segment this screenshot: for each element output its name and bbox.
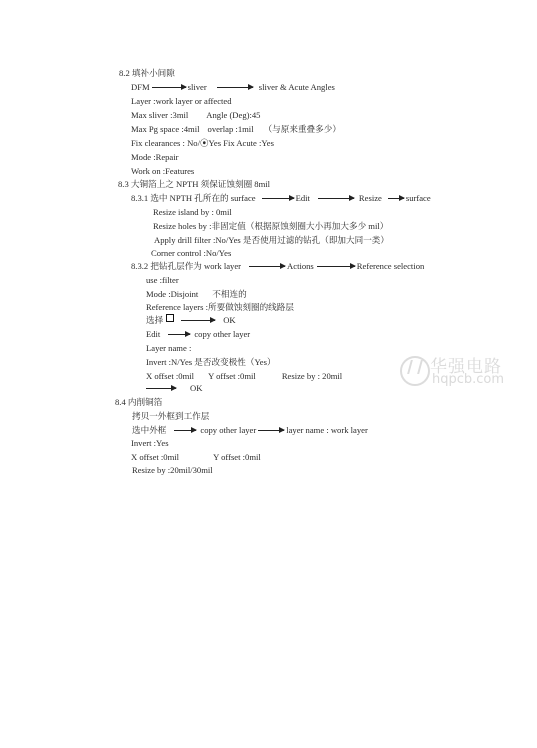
arrow-right-icon xyxy=(152,87,186,88)
watermark-url: hqpcb.com xyxy=(432,372,504,387)
arrow-right-icon xyxy=(262,198,294,199)
flow-step: copy other layer xyxy=(200,425,256,435)
section-8-3-heading: 8.3 大铜箔上之 NPTH 须保证蚀刻圈 8mil xyxy=(118,179,270,190)
flow-step: 8.3.2 把钻孔层作为 work layer xyxy=(131,261,241,271)
flow-step: Resize xyxy=(359,193,382,203)
edit-copy-row: Editcopy other layer xyxy=(146,329,250,340)
arrow-right-icon xyxy=(249,266,285,267)
flow-step: Edit xyxy=(296,193,310,203)
y-offset: Y offset :0mil xyxy=(213,452,261,462)
max-sliver-row: Max sliver :3milAngle (Deg):45 xyxy=(131,110,260,121)
max-sliver: Max sliver :3mil xyxy=(131,110,188,120)
mode-disjoint-row: Mode :Disjoint不相连的 xyxy=(146,289,247,300)
mode-setting: Mode :Repair xyxy=(131,152,179,163)
reference-layers: Reference layers :所要做蚀刻圈的线路层 xyxy=(146,302,294,313)
invert-setting: Invert :N/Yes 是否改变极性（Yes） xyxy=(146,357,276,368)
arrow-right-icon xyxy=(146,388,176,389)
offset-row: X offset :0milY offset :0milResize by : … xyxy=(146,371,342,382)
arrow-right-icon xyxy=(388,198,404,199)
invert-yes: Invert :Yes xyxy=(131,438,169,449)
max-pg-row: Max Pg space :4miloverlap :1mil（与原来重叠多少） xyxy=(131,124,341,135)
y-offset: Y offset :0mil xyxy=(208,371,256,381)
arrow-right-icon xyxy=(168,334,190,335)
ok-label: OK xyxy=(190,383,202,393)
layer-name: Layer name : xyxy=(146,343,191,354)
flow-step: 8.3.1 选中 NPTH 孔所在的 surface xyxy=(131,193,256,203)
ok-label: OK xyxy=(223,315,235,325)
section-8-3-1-flow: 8.3.1 选中 NPTH 孔所在的 surfaceEditResizesurf… xyxy=(131,193,431,204)
mode-disjoint: Mode :Disjoint xyxy=(146,289,198,299)
arrow-right-icon xyxy=(258,430,284,431)
section-8-4-flow: 选中外框copy other layerlayer name : work la… xyxy=(132,425,368,436)
dfm-flow: DFMsliversliver & Acute Angles xyxy=(131,82,335,93)
flow-step: copy other layer xyxy=(194,329,250,339)
flow-step: DFM xyxy=(131,82,150,92)
resize-island: Resize island by : 0mil xyxy=(153,207,232,218)
work-on-setting: Work on :Features xyxy=(131,166,194,177)
x-offset: X offset :0mil xyxy=(146,371,194,381)
apply-drill-filter: Apply drill filter :No/Yes 是否使用过滤的钻孔（即加大… xyxy=(154,235,389,246)
flow-step: sliver xyxy=(188,82,207,92)
offset-row: X offset :0milY offset :0mil xyxy=(131,452,261,463)
flow-step: surface xyxy=(406,193,431,203)
square-icon xyxy=(166,314,174,322)
arrow-right-icon xyxy=(318,198,354,199)
overlap: overlap :1mil xyxy=(208,124,254,134)
section-8-2-heading: 8.2 填补小间隙 xyxy=(119,68,175,79)
flow-step: layer name : work layer xyxy=(286,425,368,435)
x-offset: X offset :0mil xyxy=(131,452,179,462)
ok-row: OK xyxy=(144,383,202,394)
fix-clearances: Fix clearances : No/⦿Yes Fix Acute :Yes xyxy=(131,138,274,149)
corner-control: Corner control :No/Yes xyxy=(151,248,231,259)
select-label: 选择 xyxy=(146,315,163,325)
flow-step: Edit xyxy=(146,329,160,339)
resize-holes: Resize holes by :非固定值（根据原蚀刻圈大小再加大多少 mil） xyxy=(153,221,388,232)
section-8-4-heading: 8.4 内削铜箔 xyxy=(115,397,162,408)
arrow-right-icon xyxy=(217,87,253,88)
flow-step: sliver & Acute Angles xyxy=(259,82,335,92)
arrow-right-icon xyxy=(174,430,196,431)
overlap-note: （与原来重叠多少） xyxy=(264,124,341,134)
mode-note: 不相连的 xyxy=(212,289,246,299)
angle: Angle (Deg):45 xyxy=(206,110,260,120)
flow-step: 选中外框 xyxy=(132,425,166,435)
arrow-right-icon xyxy=(181,320,215,321)
resize-by: Resize by :20mil/30mil xyxy=(132,465,213,476)
select-ok-row: 选择OK xyxy=(146,315,236,326)
watermark: 华强电路 hqpcb.com xyxy=(398,350,537,392)
max-pg-space: Max Pg space :4mil xyxy=(131,124,200,134)
use-filter: use :filter xyxy=(146,275,179,286)
flow-step: Reference selection xyxy=(357,261,425,271)
resize-by: Resize by : 20mil xyxy=(282,371,342,381)
flow-step: Actions xyxy=(287,261,314,271)
layer-setting: Layer :work layer or affected xyxy=(131,96,232,107)
arrow-right-icon xyxy=(317,266,355,267)
copy-frame: 拷贝一外框到工作层 xyxy=(132,411,209,422)
section-8-3-2-flow: 8.3.2 把钻孔层作为 work layerActionsReference … xyxy=(131,261,424,272)
hqpcb-logo-icon xyxy=(400,356,430,386)
